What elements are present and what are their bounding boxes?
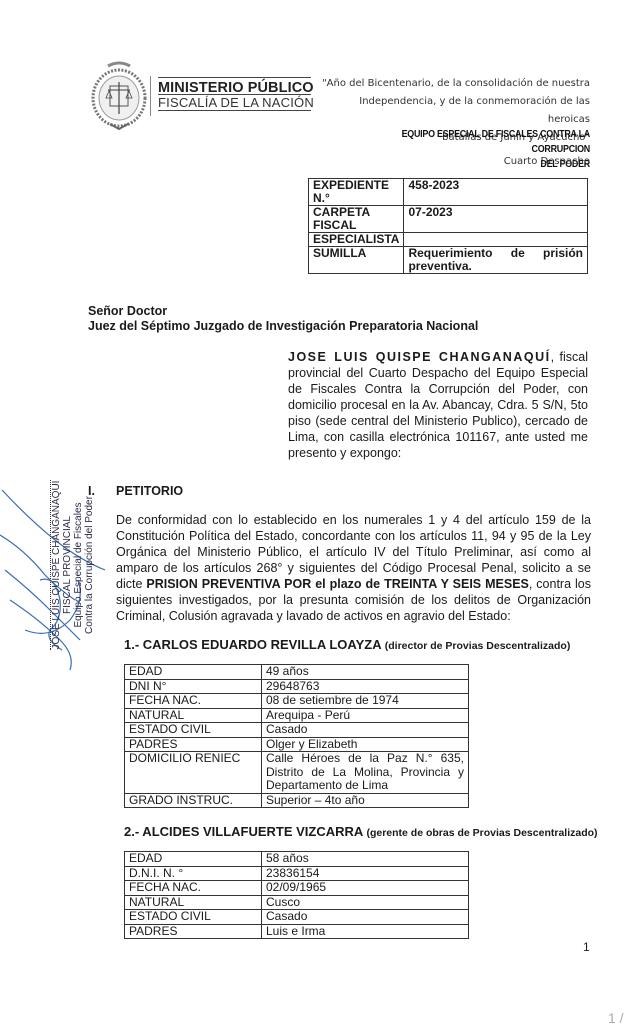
field-label: ESTADO CIVIL — [125, 910, 262, 925]
motto-line: "Año del Bicentenario, de la consolidaci… — [320, 75, 590, 93]
table-row: NATURALCusco — [125, 895, 469, 910]
field-value: 23836154 — [262, 866, 469, 881]
intro-text: , fiscal provincial del Cuarto Despacho … — [288, 350, 588, 460]
table-row: FECHA NAC.08 de setiembre de 1974 — [125, 694, 469, 709]
case-label: SUMILLA — [309, 247, 404, 274]
field-value: Casado — [262, 910, 469, 925]
table-row: EXPEDIENTE N.° 458-2023 — [309, 179, 588, 206]
field-label: PADRES — [125, 924, 262, 939]
table-row: PADRESLuis e Irma — [125, 924, 469, 939]
case-value — [404, 233, 588, 247]
investigado-heading: 1.- CARLOS EDUARDO REVILLA LOAYZA (direc… — [124, 637, 570, 652]
table-row: ESTADO CIVILCasado — [125, 910, 469, 925]
coat-of-arms-logo — [88, 58, 150, 132]
field-label: ESTADO CIVIL — [125, 723, 262, 738]
table-row: NATURALArequipa - Perú — [125, 708, 469, 723]
petitorio-paragraph: De conformidad con lo establecido en los… — [116, 512, 591, 624]
stamp-line: Equipo Especial de Fiscales — [73, 480, 84, 650]
section-title: PETITORIO — [116, 484, 183, 498]
field-value: Arequipa - Perú — [262, 708, 469, 723]
stamp-line: Contra la Corrupción del Poder — [84, 480, 95, 650]
field-label: DNI N° — [125, 679, 262, 694]
table-row: DNI N°29648763 — [125, 679, 469, 694]
header-rule — [158, 110, 311, 111]
field-label: D.N.I. N. ° — [125, 866, 262, 881]
table-row: EDAD49 años — [125, 665, 469, 680]
table-row: ESTADO CIVILCasado — [125, 723, 469, 738]
field-label: FECHA NAC. — [125, 881, 262, 896]
stamp-line: FISCAL PROVINCIAL — [62, 480, 73, 650]
table-row: GRADO INSTRUC.Superior – 4to año — [125, 793, 469, 808]
header-divider — [150, 76, 151, 116]
field-value: Cusco — [262, 895, 469, 910]
table-row: ESPECIALISTA — [309, 233, 588, 247]
table-row: CARPETA FISCAL 07-2023 — [309, 206, 588, 233]
investigado-role: (director de Provias Descentralizado) — [385, 640, 571, 652]
field-value: 29648763 — [262, 679, 469, 694]
case-label: EXPEDIENTE N.° — [309, 179, 404, 206]
field-label: GRADO INSTRUC. — [125, 793, 262, 808]
investigado-heading: 2.- ALCIDES VILLAFUERTE VIZCARRA (gerent… — [124, 824, 598, 839]
viewer-page-indicator: 1 / — [608, 1010, 624, 1024]
case-label: CARPETA FISCAL — [309, 206, 404, 233]
field-value: Luis e Irma — [262, 924, 469, 939]
investigado-data-table: EDAD49 añosDNI N°29648763FECHA NAC.08 de… — [124, 664, 469, 808]
field-label: PADRES — [125, 737, 262, 752]
intro-paragraph: JOSE LUIS QUISPE CHANGANAQUÍ, fiscal pro… — [288, 349, 588, 461]
field-label: DOMICILIO RENIEC — [125, 752, 262, 794]
field-value: 58 años — [262, 852, 469, 867]
case-label: ESPECIALISTA — [309, 233, 404, 247]
field-label: EDAD — [125, 852, 262, 867]
table-row: EDAD58 años — [125, 852, 469, 867]
field-value: 49 años — [262, 665, 469, 680]
field-label: NATURAL — [125, 708, 262, 723]
prosecutor-stamp: JOSE LUIS QUISPE CHANGANAQUI FISCAL PROV… — [50, 480, 95, 650]
case-info-table: EXPEDIENTE N.° 458-2023 CARPETA FISCAL 0… — [308, 178, 588, 274]
field-value: Calle Héroes de la Paz N.° 635, Distrito… — [262, 752, 469, 794]
field-label: FECHA NAC. — [125, 694, 262, 709]
petitorio-request: PRISION PREVENTIVA POR el plazo de TREIN… — [146, 577, 529, 591]
case-value: 07-2023 — [404, 206, 588, 233]
court-name: Juez del Séptimo Juzgado de Investigació… — [88, 319, 478, 334]
investigado-name: 1.- CARLOS EDUARDO REVILLA LOAYZA — [124, 637, 381, 652]
table-row: PADRESOlger y Elizabeth — [125, 737, 469, 752]
field-value: Olger y Elizabeth — [262, 737, 469, 752]
field-value: 02/09/1965 — [262, 881, 469, 896]
field-value: Casado — [262, 723, 469, 738]
salutation: Señor Doctor — [88, 304, 478, 319]
field-label: EDAD — [125, 665, 262, 680]
table-row: FECHA NAC.02/09/1965 — [125, 881, 469, 896]
table-row: SUMILLA Requerimiento de prisión prevent… — [309, 247, 588, 274]
investigado-data-table: EDAD58 añosD.N.I. N. °23836154FECHA NAC.… — [124, 851, 469, 939]
case-value: Requerimiento de prisión preventiva. — [404, 247, 588, 274]
investigado-role: (gerente de obras de Provias Descentrali… — [366, 827, 597, 839]
team-line: EQUIPO ESPECIAL DE FISCALES CONTRA LA CO… — [344, 127, 591, 157]
investigado-name: 2.- ALCIDES VILLAFUERTE VIZCARRA — [124, 824, 363, 839]
sub-institution-name: FISCALÍA DE LA NACIÓN — [158, 95, 314, 110]
field-label: NATURAL — [125, 895, 262, 910]
motto-line: Independencia, y de la conmemoración de … — [320, 93, 590, 129]
stamp-line: JOSE LUIS QUISPE CHANGANAQUI — [50, 480, 62, 650]
case-value: 458-2023 — [404, 179, 588, 206]
field-value: 08 de setiembre de 1974 — [262, 694, 469, 709]
table-row: DOMICILIO RENIECCalle Héroes de la Paz N… — [125, 752, 469, 794]
prosecutor-name: JOSE LUIS QUISPE CHANGANAQUÍ — [288, 350, 551, 364]
office-name: Cuarto Despacho — [504, 156, 590, 167]
field-value: Superior – 4to año — [262, 793, 469, 808]
table-row: D.N.I. N. °23836154 — [125, 866, 469, 881]
addressee: Señor Doctor Juez del Séptimo Juzgado de… — [88, 304, 478, 334]
header-rule — [158, 77, 311, 78]
page-number: 1 — [583, 940, 590, 954]
